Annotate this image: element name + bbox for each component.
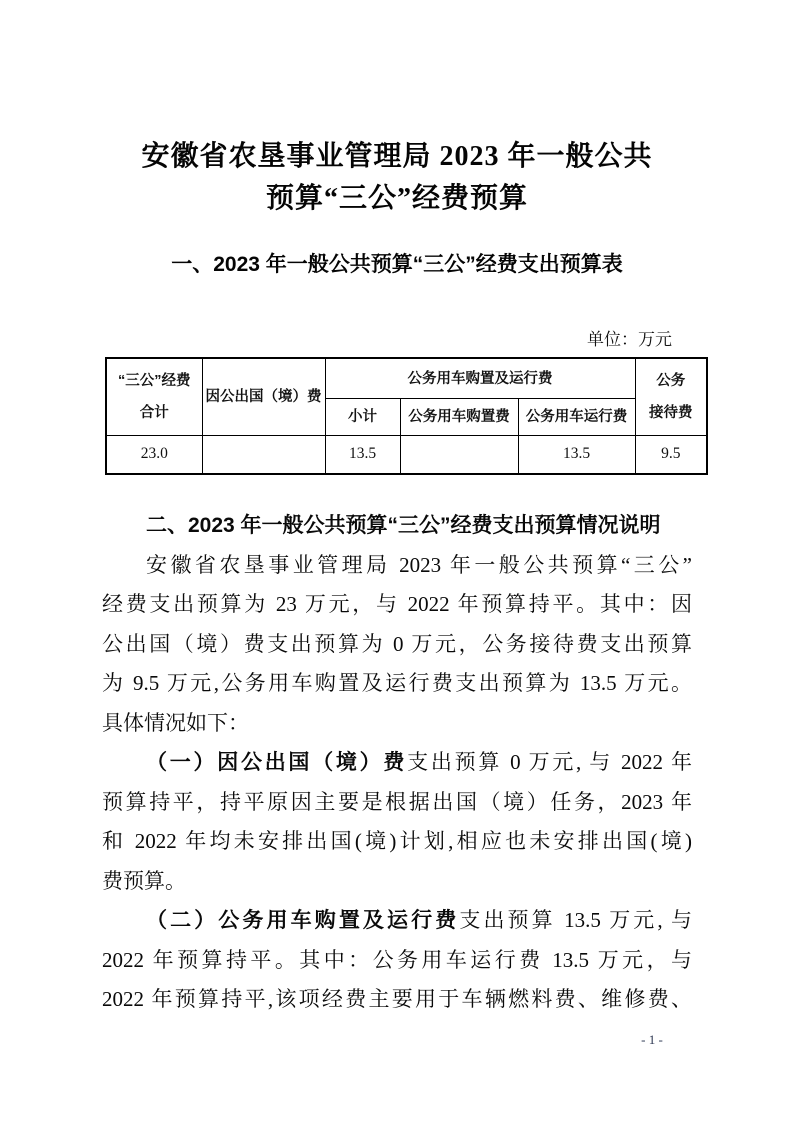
- table-value-vehicle-subtotal: 13.5: [325, 436, 400, 474]
- page-number: - 1 -: [0, 1031, 794, 1049]
- table-row: 23.0 13.5 13.5 9.5: [106, 436, 707, 474]
- title-line-1: 安徽省农垦事业管理局 2023 年一般公共: [0, 136, 794, 178]
- paragraph-line: 为 9.5 万元,公务用车购置及运行费支出预算为 13.5 万元。: [102, 664, 692, 704]
- table-header-reception-line2: 接待费: [636, 404, 707, 422]
- document-title: 安徽省农垦事业管理局 2023 年一般公共 预算“三公”经费预算: [0, 136, 794, 220]
- paragraph-line: 和 2022 年均未安排出国(境)计划,相应也未安排出国(境): [102, 822, 692, 862]
- table-header-total: “三公”经费 合计: [106, 358, 202, 436]
- table-header-vehicle-group: 公务用车购置及运行费: [325, 358, 635, 399]
- item2-line1-rest: 支出预算 13.5 万元, 与: [459, 908, 692, 932]
- paragraph-line: （二）公务用车购置及运行费支出预算 13.5 万元, 与: [102, 901, 692, 941]
- table-value-vehicle-purchase: [400, 436, 518, 474]
- table-value-abroad: [202, 436, 325, 474]
- paragraph-line: 安徽省农垦事业管理局 2023 年一般公共预算“三公”: [102, 546, 692, 586]
- table-header-total-line1: “三公”经费: [107, 372, 202, 390]
- item2-lead: （二）公务用车购置及运行费: [146, 909, 459, 932]
- table-header-total-line2: 合计: [107, 404, 202, 422]
- table-header-abroad: 因公出国（境）费: [202, 358, 325, 436]
- paragraph-line: 经费支出预算为 23 万元，与 2022 年预算持平。其中：因: [102, 585, 692, 625]
- item1-lead: （一）因公出国（境）费: [146, 751, 407, 774]
- section2-body: 二、2023 年一般公共预算“三公”经费支出预算情况说明 安徽省农垦事业管理局 …: [102, 506, 692, 1020]
- table-header-vehicle-operation: 公务用车运行费: [518, 399, 635, 436]
- section1-heading: 一、2023 年一般公共预算“三公”经费支出预算表: [100, 250, 694, 280]
- table-value-vehicle-operation: 13.5: [518, 436, 635, 474]
- table-header-vehicle-subtotal: 小计: [325, 399, 400, 436]
- table-header-reception-line1: 公务: [636, 372, 707, 390]
- section2-heading: 二、2023 年一般公共预算“三公”经费支出预算情况说明: [102, 506, 692, 546]
- table-value-total: 23.0: [106, 436, 202, 474]
- paragraph-line: 费预算。: [102, 862, 692, 902]
- unit-label: 单位：万元: [105, 328, 706, 352]
- paragraph-line: 2022 年预算持平。其中：公务用车运行费 13.5 万元，与: [102, 941, 692, 981]
- title-line-2: 预算“三公”经费预算: [0, 178, 794, 220]
- item1-line1-rest: 支出预算 0 万元, 与 2022 年: [407, 750, 692, 774]
- paragraph-line: （一）因公出国（境）费支出预算 0 万元, 与 2022 年: [102, 743, 692, 783]
- budget-table: “三公”经费 合计 因公出国（境）费 公务用车购置及运行费 公务 接待费 小计 …: [105, 357, 708, 475]
- paragraph-line: 公出国（境）费支出预算为 0 万元，公务接待费支出预算: [102, 625, 692, 665]
- table-header-vehicle-purchase: 公务用车购置费: [400, 399, 518, 436]
- paragraph-line: 具体情况如下：: [102, 704, 692, 744]
- paragraph-line: 预算持平，持平原因主要是根据出国（境）任务，2023 年: [102, 783, 692, 823]
- table-header-reception: 公务 接待费: [635, 358, 707, 436]
- paragraph-line: 2022 年预算持平,该项经费主要用于车辆燃料费、维修费、: [102, 980, 692, 1020]
- document-page: 安徽省农垦事业管理局 2023 年一般公共 预算“三公”经费预算 一、2023 …: [0, 0, 794, 1123]
- table-value-reception: 9.5: [635, 436, 707, 474]
